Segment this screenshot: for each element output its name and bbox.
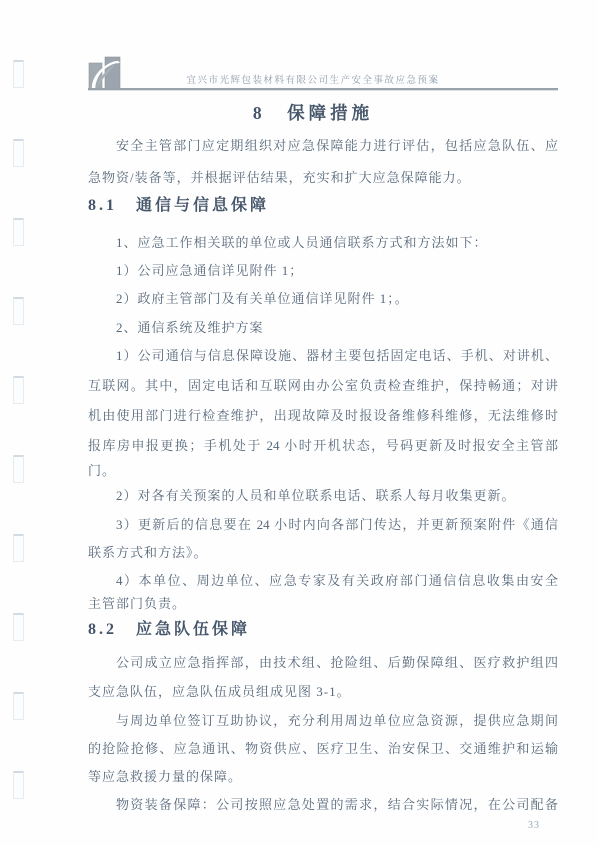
binding-hole: [13, 60, 24, 88]
body-line: 安全主管部门应定期组织对应急保障能力进行评估，包括应急队伍、应: [116, 136, 558, 156]
binding-hole: [13, 534, 24, 562]
body-line: 机由使用部门进行检查维护，出现故障及时报设备维修科维修，无法维修时: [88, 406, 558, 426]
binding-hole: [13, 692, 24, 720]
body-line: 公司成立应急指挥部，由技术组、抢险组、后勤保障组、医疗救护组四: [116, 653, 558, 673]
body-line: 互联网。其中，固定电话和互联网由办公室负责检查维护，保持畅通；对讲: [88, 376, 558, 396]
body-line: 的抢险抢修、应急通讯、物资供应、医疗卫生、治安保卫、交通维护和运输: [88, 739, 558, 759]
doc-header-title: 宜兴市光辉包装材料有限公司生产安全事故应急预案: [78, 72, 548, 86]
binding-hole: [13, 771, 24, 799]
body-line: 门。: [88, 461, 558, 481]
section-heading-8-1: 8.1 通信与信息保障: [88, 196, 558, 216]
body-line: 等应急救援力量的保障。: [88, 767, 558, 787]
binding-hole: [13, 218, 24, 246]
body-line: 1）公司应急通信详见附件 1；: [116, 261, 558, 281]
body-line: 1）公司通信与信息保障设施、器材主要包括固定电话、手机、对讲机、: [116, 346, 558, 366]
body-line: 报库房申报更换；手机处于 24 小时开机状态，号码更新及时报安全主管部: [88, 436, 558, 456]
body-line: 2）对各有关预案的人员和单位联系电话、联系人每月收集更新。: [116, 486, 558, 506]
binding-hole: [13, 455, 24, 483]
body-line: 主管部门负责。: [88, 594, 558, 614]
body-line: 4）本单位、周边单位、应急专家及有关政府部门通信信息收集由安全: [116, 571, 558, 591]
body-line: 3）更新后的信息要在 24 小时内向各部门传达，并更新预案附件《通信: [116, 515, 558, 535]
section-heading-8-2: 8.2 应急队伍保障: [88, 620, 558, 640]
body-line: 联系方式和方法》。: [88, 543, 558, 563]
binding-hole: [13, 376, 24, 404]
body-line: 支应急队伍，应急队伍成员组成见图 3-1。: [88, 682, 558, 702]
body-line: 与周边单位签订互助协议，充分利用周边单位应急资源，提供应急期间: [116, 711, 558, 731]
page-number: 33: [528, 820, 540, 831]
body-line: 1、应急工作相关联的单位或人员通信联系方式和方法如下：: [116, 233, 558, 253]
document-page: 宜兴市光辉包装材料有限公司生产安全事故应急预案 8 保障措施 安全主管部门应定期…: [0, 0, 598, 846]
body-line: 2）政府主管部门及有关单位通信详见附件 1；。: [116, 289, 558, 309]
body-line: 物资装备保障：公司按照应急处置的需求，结合实际情况，在公司配备: [116, 795, 558, 815]
body-line: 2、通信系统及维护方案: [116, 318, 558, 338]
page-title: 8 保障措施: [78, 100, 548, 125]
binding-hole: [13, 613, 24, 641]
binding-hole: [13, 139, 24, 167]
page-header-rule: [88, 88, 558, 91]
body-line: 急物资/装备等，并根据评估结果，充实和扩大应急保障能力。: [88, 168, 558, 188]
binding-hole: [13, 297, 24, 325]
